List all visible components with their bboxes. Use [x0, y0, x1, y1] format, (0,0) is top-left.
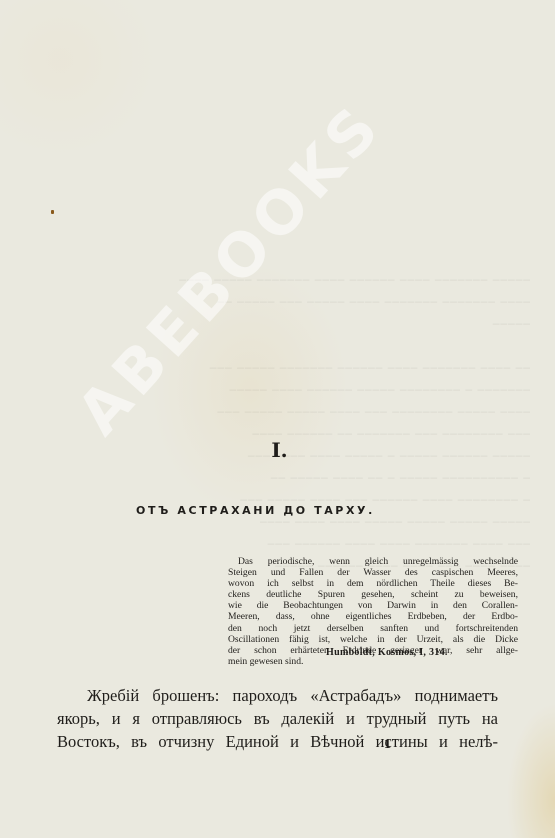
page-number: 1	[384, 737, 391, 753]
epigraph-line: den noch jetzt derselben sanften und for…	[228, 623, 518, 634]
chapter-title: ОТЪ АСТРАХАНИ ДО ТАРХУ.	[136, 504, 375, 517]
body-line: Жребій брошенъ: пароходъ «Астрабадъ» под…	[57, 684, 498, 707]
epigraph-line: Meeren, dass, ohne eigentliches Erdbeben…	[228, 611, 518, 622]
book-page: ───── ─────── ──── ────── ──── ─────── ─…	[0, 0, 555, 838]
epigraph-line: Oscillationen fähig ist, welche in der U…	[228, 634, 518, 645]
body-line: Востокъ, въ отчизну Единой и Вѣчной исти…	[57, 730, 498, 753]
foxing-spot	[51, 210, 54, 214]
chapter-number: I.	[0, 438, 555, 462]
epigraph-attribution: Humboldt, Kosmos, I, 314.	[326, 647, 448, 658]
epigraph-line: Das periodische, wenn gleich unregelmäss…	[228, 556, 518, 567]
epigraph-line: Steigen und Fallen der Wasser des caspis…	[228, 567, 518, 578]
epigraph-line: wie die Beobachtungen von Darwin in den …	[228, 600, 518, 611]
epigraph-line: ckens deutliche Spuren gesehen, scheint …	[228, 589, 518, 600]
body-line: якорь, и я отправляюсь въ далекій и труд…	[57, 707, 498, 730]
body-paragraph: Жребій брошенъ: пароходъ «Астрабадъ» под…	[57, 684, 498, 753]
epigraph-line: wovon ich selbst in dem nördlichen Theil…	[228, 578, 518, 589]
